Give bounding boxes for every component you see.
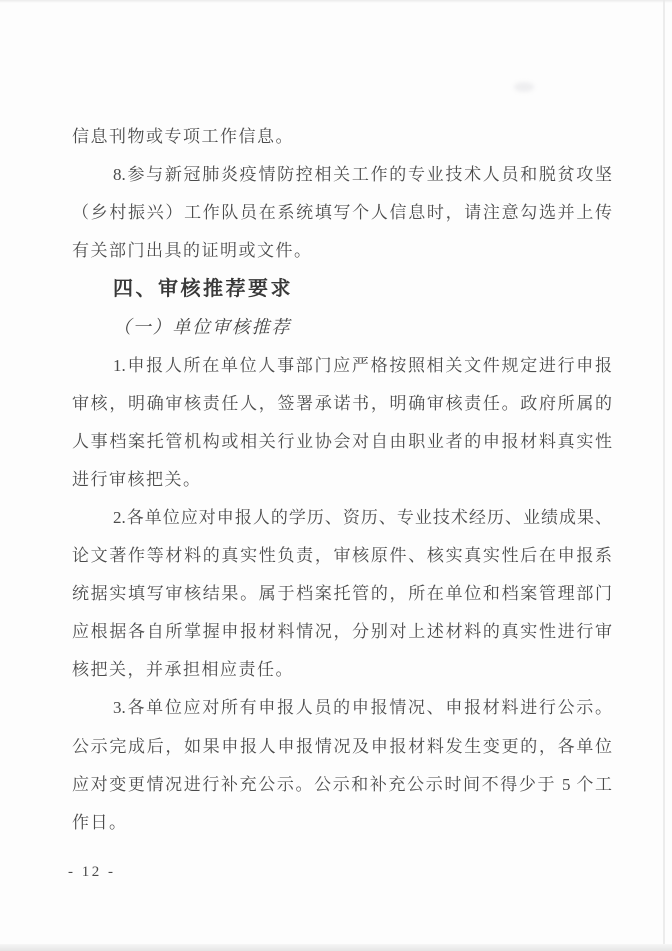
- text-line: 进行审核把关。: [72, 461, 612, 499]
- text-line: 2.各单位应对申报人的学历、资历、专业技术经历、业绩成果、: [72, 499, 612, 537]
- text-line: 8.参与新冠肺炎疫情防控相关工作的专业技术人员和脱贫攻坚: [72, 156, 612, 194]
- document-body: 信息刊物或专项工作信息。 8.参与新冠肺炎疫情防控相关工作的专业技术人员和脱贫攻…: [72, 118, 612, 842]
- text-line: 信息刊物或专项工作信息。: [72, 118, 612, 156]
- text-line: 应对变更情况进行补充公示。公示和补充公示时间不得少于 5 个工: [72, 766, 612, 804]
- text-line: 1.申报人所在单位人事部门应严格按照相关文件规定进行申报: [72, 347, 612, 385]
- text-line: 论文著作等材料的真实性负责，审核原件、核实真实性后在申报系: [72, 537, 612, 575]
- scan-edge-top: [0, 0, 672, 3]
- scan-smudge: [514, 82, 534, 92]
- subsection-heading-unit-review: （一）单位审核推荐: [72, 308, 612, 346]
- text-line: 应根据各自所掌握申报材料情况，分别对上述材料的真实性进行审: [72, 613, 612, 651]
- text-line: 人事档案托管机构或相关行业协会对自由职业者的申报材料真实性: [72, 423, 612, 461]
- page-number: - 12 -: [68, 861, 116, 883]
- text-line: 统据实填写审核结果。属于档案托管的，所在单位和档案管理部门: [72, 575, 612, 613]
- text-line: （乡村振兴）工作队员在系统填写个人信息时，请注意勾选并上传: [72, 194, 612, 232]
- scan-edge-right: [663, 0, 665, 944]
- text-line: 3.各单位应对所有申报人员的申报情况、申报材料进行公示。: [72, 689, 612, 727]
- text-line: 有关部门出具的证明或文件。: [72, 232, 612, 270]
- text-line: 作日。: [72, 804, 612, 842]
- text-line: 公示完成后，如果申报人申报情况及申报材料发生变更的，各单位: [72, 728, 612, 766]
- text-line: 核把关，并承担相应责任。: [72, 651, 612, 689]
- text-line: 审核，明确审核责任人，签署承诺书，明确审核责任。政府所属的: [72, 385, 612, 423]
- scan-edge-bottom: [0, 944, 672, 951]
- section-heading-review-requirements: 四、审核推荐要求: [72, 270, 612, 308]
- document-page: 信息刊物或专项工作信息。 8.参与新冠肺炎疫情防控相关工作的专业技术人员和脱贫攻…: [0, 0, 672, 951]
